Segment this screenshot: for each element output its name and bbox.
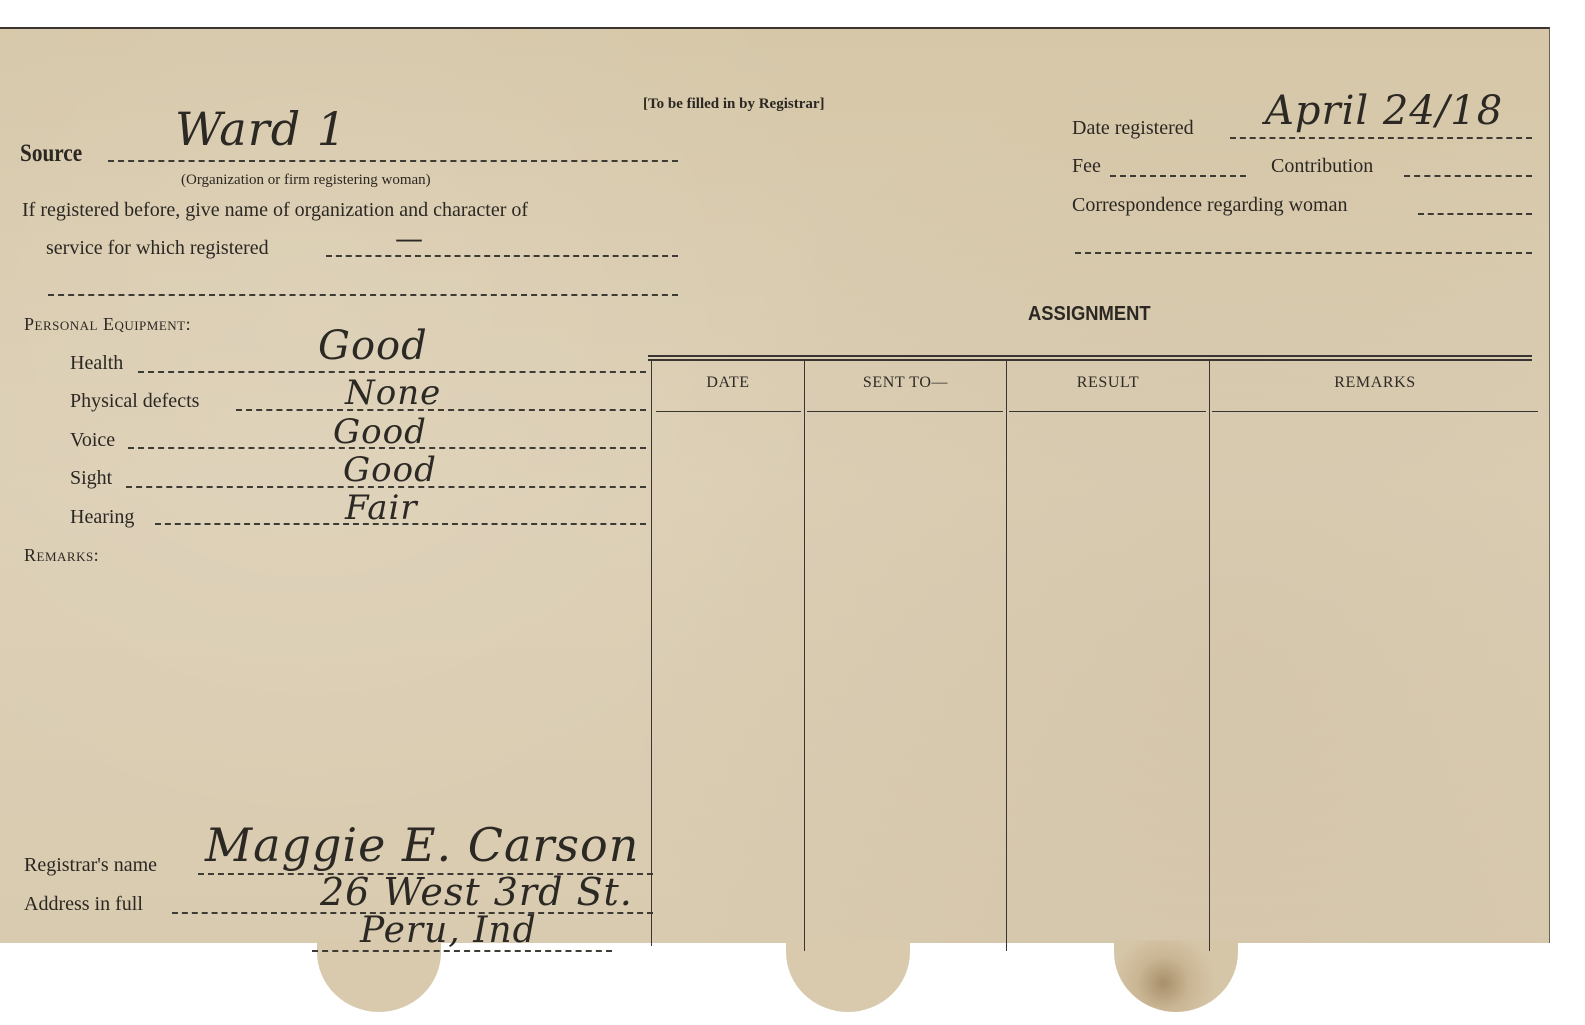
fee-label: Fee [1072,155,1101,178]
correspondence-line1[interactable] [1418,213,1532,215]
assignment-date-cell[interactable] [653,414,803,939]
contribution-label: Contribution [1271,155,1373,178]
source-value[interactable]: Ward 1 [175,102,347,156]
registrar-name-value[interactable]: Maggie E. Carson [205,818,639,872]
remarks-heading: Remarks: [24,545,99,566]
source-caption: (Organization or firm registering woman) [181,172,431,189]
physical-defects-label: Physical defects [70,390,199,413]
address-value-line2[interactable]: Peru, Ind [360,910,537,951]
hearing-value[interactable]: Fair [345,488,418,528]
card-index-tab-right [1114,940,1238,1012]
column-header-date: DATE [652,374,804,392]
hearing-label: Hearing [70,506,134,529]
health-label: Health [70,352,123,375]
source-line [108,160,678,162]
column-header-sent-to: SENT TO— [805,374,1006,392]
column-divider-1 [804,361,805,951]
assignment-sent-to-cell[interactable] [806,414,1005,939]
source-label: Source [20,140,82,168]
correspondence-label: Correspondence regarding woman [1072,194,1347,217]
remarks-area[interactable] [24,575,634,795]
contribution-line[interactable] [1404,175,1532,177]
registrar-name-label: Registrar's name [24,854,157,877]
assignment-rule-top [648,355,1532,357]
physical-defects-value[interactable]: None [345,373,441,413]
address-label: Address in full [24,893,143,916]
health-value[interactable]: Good [318,323,428,369]
date-registered-line [1230,137,1532,139]
previous-registration-value[interactable]: — [395,222,424,255]
voice-value[interactable]: Good [333,412,427,452]
header-underline-sent-to [807,411,1003,412]
voice-label: Voice [70,429,115,452]
assignment-title: ASSIGNMENT [1028,303,1151,326]
column-header-result: RESULT [1007,374,1209,392]
date-registered-label: Date registered [1072,117,1194,140]
column-divider-2 [1006,361,1007,951]
registrar-note: [To be filled in by Registrar] [643,96,825,113]
date-registered-value[interactable]: April 24/18 [1265,88,1503,134]
previous-registration-label-line1: If registered before, give name of organ… [22,199,528,222]
header-underline-remarks [1212,411,1538,412]
sight-value[interactable]: Good [343,450,437,490]
column-divider-3 [1209,361,1210,951]
previous-registration-label-line2: service for which registered [46,237,269,260]
previous-registration-line2 [48,294,678,296]
column-header-remarks: REMARKS [1210,374,1540,392]
address-value-line1[interactable]: 26 West 3rd St. [320,870,633,914]
header-underline-date [656,411,801,412]
sight-label: Sight [70,467,112,490]
assignment-rule-top-inner [648,359,1532,361]
personal-equipment-heading: Personal Equipment: [24,314,191,335]
header-underline-result [1009,411,1206,412]
previous-registration-line1 [326,255,678,257]
assignment-result-cell[interactable] [1008,414,1208,939]
correspondence-line2[interactable] [1075,252,1532,254]
fee-line[interactable] [1110,175,1246,177]
assignment-remarks-cell[interactable] [1211,414,1536,939]
column-divider-left [651,361,652,946]
